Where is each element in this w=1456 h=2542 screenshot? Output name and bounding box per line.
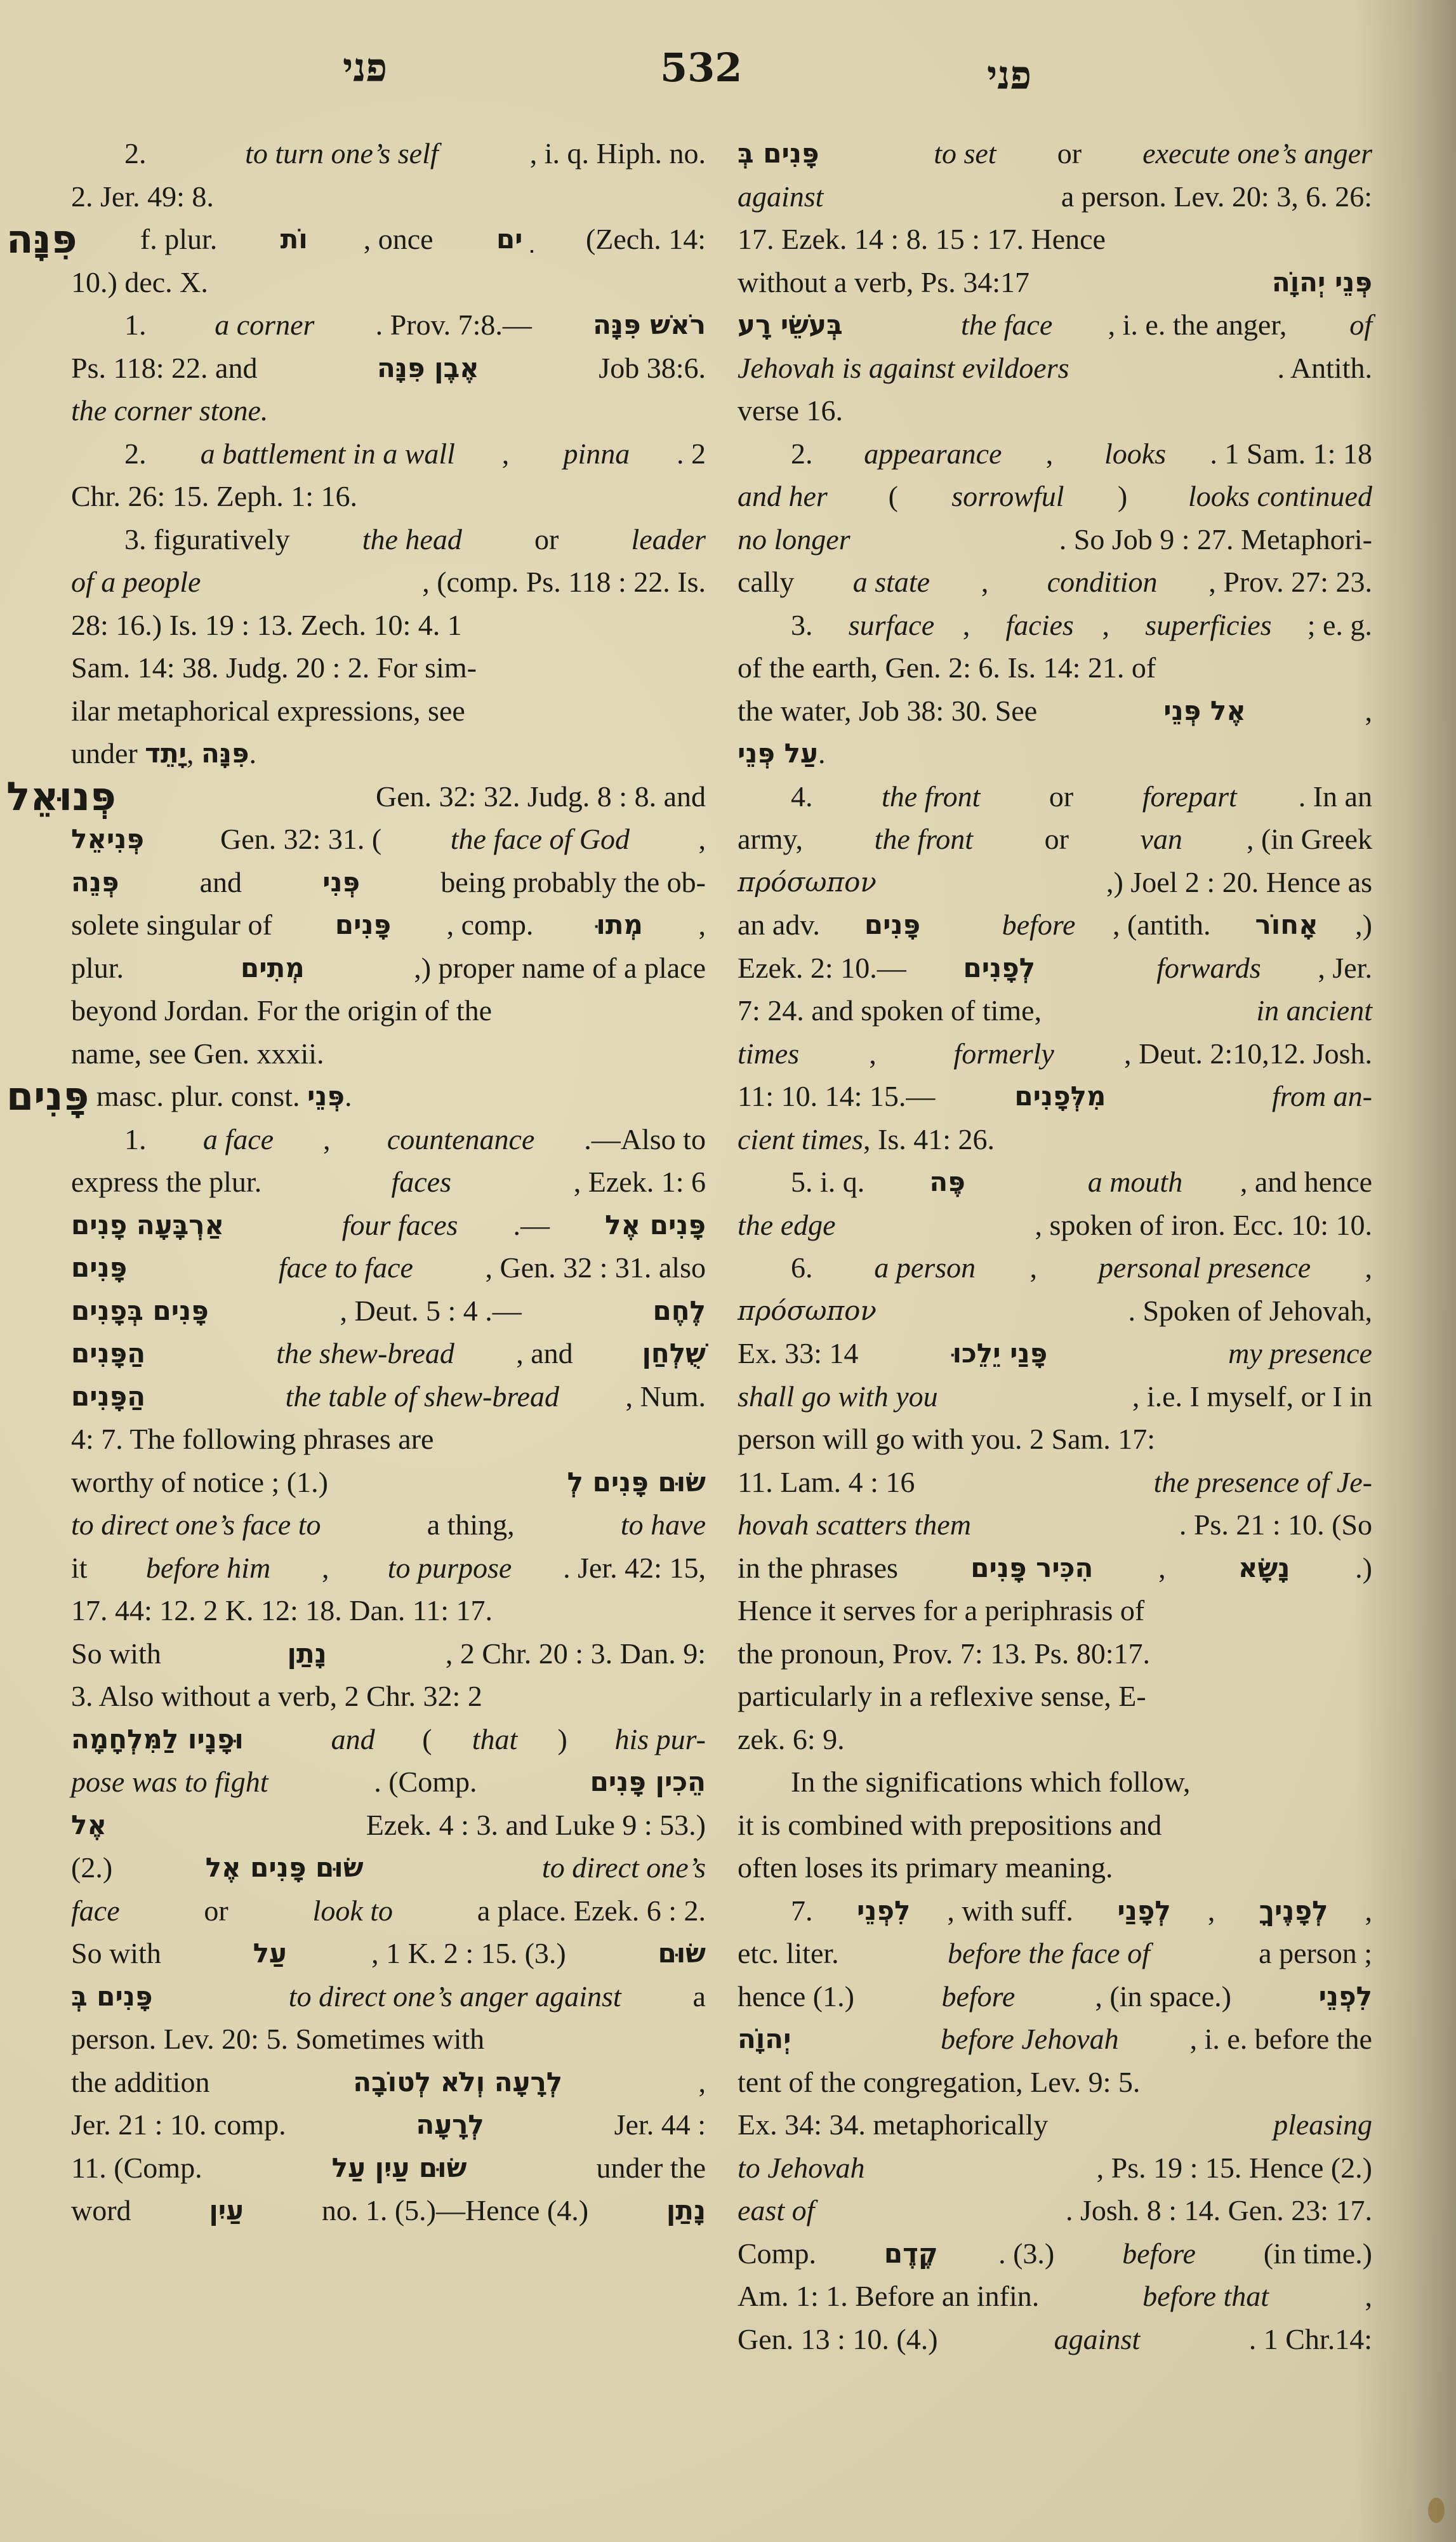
italic-text: van bbox=[1141, 818, 1182, 861]
roman-text: (2.) bbox=[71, 1846, 120, 1889]
text-line: πρόσωπον,) Joel 2 : 20. Hence as bbox=[738, 861, 1372, 904]
italic-text: a person bbox=[874, 1246, 976, 1289]
text-line: it before him, to purpose. Jer. 42: 15, bbox=[71, 1547, 706, 1590]
italic-text: before bbox=[1002, 903, 1076, 947]
roman-text: 17. Ezek. 14 : 8. 15 : 17. Hence bbox=[738, 218, 1106, 261]
text-line: Hence it serves for a periphrasis of bbox=[738, 1589, 1372, 1632]
hebrew-text: אַרְבָּעָה פָנִים bbox=[71, 1204, 224, 1247]
roman-text: , i. q. Hiph. no. bbox=[530, 132, 706, 175]
italic-text: from an- bbox=[1272, 1075, 1372, 1118]
entry-headword-line: פָּנִים masc. plur. const. פְּנֵי. bbox=[6, 1075, 706, 1118]
hebrew-text: שׂוּם פָּנִים לְ bbox=[567, 1461, 706, 1504]
italic-text: a state bbox=[853, 561, 930, 604]
hebrew-text: יְהוָֹה bbox=[738, 2018, 791, 2061]
text-line: 2. a battlement in a wall, pinna. 2 bbox=[71, 432, 706, 476]
roman-text: beyond Jordan. For the origin of the bbox=[71, 989, 492, 1032]
roman-text: 10.) dec. X. bbox=[71, 261, 208, 304]
text-line: פְּנֵה and פְּנִי being probably the ob- bbox=[71, 861, 706, 904]
roman-text: , (in Greek bbox=[1247, 818, 1372, 861]
hebrew-headword: פִּנָּה bbox=[6, 218, 77, 261]
text-line: of the earth, Gen. 2: 6. Is. 14: 21. of bbox=[738, 646, 1372, 689]
roman-text bbox=[1185, 1075, 1193, 1118]
italic-text: forepart bbox=[1142, 775, 1237, 818]
roman-text: ( bbox=[415, 1718, 432, 1761]
roman-text: , and hence bbox=[1240, 1161, 1372, 1204]
roman-text: a person ; bbox=[1252, 1932, 1372, 1975]
roman-text: masc. plur. const. bbox=[89, 1075, 307, 1118]
italic-text: formerly bbox=[953, 1032, 1054, 1075]
text-line: Jer. 21 : 10. comp. לְרָעָה Jer. 44 : bbox=[71, 2103, 706, 2146]
hebrew-text: יָתֵד bbox=[145, 732, 187, 775]
roman-text: . Josh. 8 : 14. Gen. 23: 17. bbox=[1066, 2189, 1372, 2232]
roman-text: ilar metaphorical expressions, see bbox=[71, 689, 465, 733]
text-line: הַפָּנִים the shew-bread, and שֻׁלְחַן bbox=[71, 1332, 706, 1375]
italic-text: pinna bbox=[563, 432, 630, 476]
roman-text: .) bbox=[1355, 1547, 1372, 1590]
hebrew-text: לִפְנֵי bbox=[857, 1889, 910, 1933]
roman-text: , bbox=[1208, 1889, 1222, 1933]
roman-text: or bbox=[527, 518, 566, 561]
roman-text: ,) bbox=[1355, 903, 1372, 947]
roman-text: , bbox=[699, 2061, 706, 2104]
roman-text: Jer. 21 : 10. comp. bbox=[71, 2103, 293, 2146]
roman-text bbox=[958, 903, 965, 947]
text-line: 17. Ezek. 14 : 8. 15 : 17. Hence bbox=[738, 218, 1372, 261]
hebrew-text: אֶבֶן פִּנָּה bbox=[377, 347, 479, 390]
italic-text: the face of God bbox=[451, 818, 630, 861]
roman-text: , (comp. Ps. 118 : 22. Is. bbox=[422, 561, 706, 604]
roman-text: . So Job 9 : 27. Metaphori- bbox=[1059, 518, 1372, 561]
hebrew-text: עַל פְּנֵי bbox=[738, 732, 818, 775]
roman-text: and bbox=[192, 861, 249, 904]
roman-text: 2. Jer. 49: 8. bbox=[71, 175, 214, 218]
italic-text: a corner bbox=[215, 303, 314, 347]
greek-text: πρόσωπον bbox=[738, 861, 877, 904]
roman-text: ) bbox=[1118, 475, 1135, 518]
text-line: face or look to a place. Ezek. 6 : 2. bbox=[71, 1889, 706, 1933]
hebrew-text: וּפָנָיו לַמִּלְחָמָה bbox=[71, 1718, 244, 1761]
roman-text: Ps. 118: 22. and bbox=[71, 347, 265, 390]
text-line: הַפָּנִים the table of shew-bread, Num. bbox=[71, 1375, 706, 1418]
roman-text: it bbox=[71, 1547, 95, 1590]
roman-text: . (Comp. bbox=[374, 1760, 484, 1804]
italic-text: to Jehovah bbox=[738, 2146, 865, 2190]
paper-stain bbox=[1428, 2498, 1445, 2523]
italic-text: to have bbox=[621, 1503, 706, 1547]
text-line: beyond Jordan. For the origin of the bbox=[71, 989, 706, 1032]
text-line: 3. surface, facies, superficies ; e. g. bbox=[738, 604, 1372, 647]
roman-text: , bbox=[1102, 604, 1117, 647]
roman-text: person. Lev. 20: 5. Sometimes with bbox=[71, 2018, 484, 2061]
roman-text: , bbox=[869, 1032, 884, 1075]
text-line: it is combined with prepositions and bbox=[738, 1804, 1372, 1847]
roman-text: Gen. 32: 31. ( bbox=[213, 818, 381, 861]
roman-text: 3. bbox=[791, 604, 820, 647]
roman-text: , (antith. bbox=[1113, 903, 1218, 947]
text-line: 11. (Comp. שׂוּם עַיִן עַל under the bbox=[71, 2146, 706, 2190]
entry-headword-line: פְּנוּאֵל Gen. 32: 32. Judg. 8 : 8. and bbox=[6, 775, 706, 818]
roman-text: 3. figuratively bbox=[124, 518, 297, 561]
roman-text: , and bbox=[516, 1332, 580, 1375]
roman-text: an adv. bbox=[738, 903, 827, 947]
roman-text: 11. (Comp. bbox=[71, 2146, 209, 2190]
roman-text: Hence it serves for a periphrasis of bbox=[738, 1589, 1144, 1632]
running-head: פני 532 פני bbox=[0, 44, 1456, 102]
text-line: 1. a corner. Prov. 7:8.—רֹאשׁ פִּנָּה bbox=[71, 303, 706, 347]
roman-text: , bbox=[1046, 432, 1061, 476]
text-line: 4. the front or forepart. In an bbox=[738, 775, 1372, 818]
text-line: פָּנִים בְּפָנִים, Deut. 5 : 4 .—לֶחֶם bbox=[71, 1289, 706, 1333]
roman-text: a place. Ezek. 6 : 2. bbox=[470, 1889, 706, 1933]
roman-text bbox=[863, 2018, 870, 2061]
dictionary-page: פני 532 פני 2. to turn one’s self, i. q.… bbox=[0, 0, 1456, 2542]
roman-text: ; e. g. bbox=[1300, 604, 1372, 647]
roman-text: , bbox=[963, 604, 977, 647]
roman-text bbox=[1092, 947, 1100, 990]
italic-text: the front bbox=[882, 775, 980, 818]
italic-text: cient times bbox=[738, 1118, 863, 1161]
italic-text: a battlement in a wall bbox=[201, 432, 455, 476]
text-line: 7. לִפְנֵי, with suff. לְפָנַי, לְפָנֶיך… bbox=[738, 1889, 1372, 1933]
text-line: plur. מְתִים,) proper name of a place bbox=[71, 947, 706, 990]
italic-text: execute one’s anger bbox=[1142, 132, 1372, 175]
italic-text: leader bbox=[631, 518, 706, 561]
hebrew-text: שׂוּם פָּנִים אֶל bbox=[206, 1846, 364, 1889]
italic-text: to set bbox=[934, 132, 996, 175]
text-line: 2. Jer. 49: 8. bbox=[71, 175, 706, 218]
roman-text: , bbox=[1365, 1246, 1373, 1289]
text-line: cally a state, condition, Prov. 27: 23. bbox=[738, 561, 1372, 604]
italic-text: face to face bbox=[279, 1246, 413, 1289]
hebrew-text: פְּנֵי יְהוָֹה bbox=[1272, 261, 1372, 304]
roman-text bbox=[284, 1718, 291, 1761]
hebrew-text: הַפָּנִים bbox=[71, 1332, 145, 1375]
roman-text: army, bbox=[738, 818, 811, 861]
text-line: without a verb, Ps. 34:17 פְּנֵי יְהוָֹה bbox=[738, 261, 1372, 304]
roman-text: . Ps. 21 : 10. (So bbox=[1179, 1503, 1372, 1547]
roman-text: 28: 16.) Is. 19 : 13. Zech. 10: 4. 1 bbox=[71, 604, 462, 647]
hebrew-text: שׂוּם bbox=[658, 1932, 706, 1975]
text-column-left: 2. to turn one’s self, i. q. Hiph. no.2.… bbox=[71, 132, 706, 2232]
roman-text: (in time.) bbox=[1256, 2232, 1372, 2275]
roman-text: Ex. 34: 34. metaphorically bbox=[738, 2103, 1056, 2146]
roman-text: Sam. 14: 38. Judg. 20 : 2. For sim- bbox=[71, 646, 477, 689]
text-line: an adv. פָּנִים before, (antith. אָחוֹר,… bbox=[738, 903, 1372, 947]
roman-text: 1. bbox=[124, 303, 154, 347]
roman-text: , 2 Chr. 20 : 3. Dan. 9: bbox=[446, 1632, 706, 1675]
roman-text: , Gen. 32 : 31. also bbox=[485, 1246, 706, 1289]
text-line: 2. appearance, looks. 1 Sam. 1: 18 bbox=[738, 432, 1372, 476]
text-line: the water, Job 38: 30. See אֶל פְּנֵי, bbox=[738, 689, 1372, 733]
text-line: pose was to fight. (Comp. הֵכִין פָּנִים bbox=[71, 1760, 706, 1804]
text-line: 3. Also without a verb, 2 Chr. 32: 2 bbox=[71, 1675, 706, 1718]
hebrew-text: אֶל bbox=[71, 1804, 107, 1847]
roman-text bbox=[279, 1204, 287, 1247]
hebrew-text: לִפְנֵי bbox=[1319, 1975, 1372, 2018]
text-line: cient times, Is. 41: 26. bbox=[738, 1118, 1372, 1161]
roman-text bbox=[212, 1375, 220, 1418]
italic-text: countenance bbox=[387, 1118, 534, 1161]
roman-text: 2. bbox=[791, 432, 820, 476]
italic-text: the edge bbox=[738, 1204, 836, 1247]
italic-text: sorrowful bbox=[951, 475, 1064, 518]
text-line: word עַיִן no. 1. (5.)—Hence (4.) נָתַן bbox=[71, 2189, 706, 2232]
roman-text bbox=[1134, 1332, 1142, 1375]
text-line: 5. i. q. פֶּה a mouth, and hence bbox=[738, 1161, 1372, 1204]
text-line: hovah scatters them. Ps. 21 : 10. (So bbox=[738, 1503, 1372, 1547]
roman-text bbox=[873, 132, 880, 175]
text-line: person. Lev. 20: 5. Sometimes with bbox=[71, 2018, 706, 2061]
roman-text: or bbox=[1042, 775, 1080, 818]
hebrew-text: פָּנִים בְּ bbox=[738, 132, 819, 175]
roman-text: , i. e. the anger, bbox=[1108, 303, 1294, 347]
text-line: often loses its primary meaning. bbox=[738, 1846, 1372, 1889]
roman-text: zek. 6: 9. bbox=[738, 1718, 845, 1761]
roman-text: , Deut. 2:10,12. Josh. bbox=[1124, 1032, 1372, 1075]
roman-text: . In an bbox=[1299, 775, 1372, 818]
italic-text: before bbox=[1122, 2232, 1196, 2275]
italic-text: the corner stone. bbox=[71, 389, 268, 432]
roman-text: , bbox=[187, 732, 201, 775]
italic-text: in ancient bbox=[1256, 989, 1372, 1032]
hebrew-text: נָשָׂא bbox=[1238, 1547, 1290, 1590]
roman-text: , Ezek. 1: 6 bbox=[574, 1161, 706, 1204]
roman-text: , bbox=[323, 1118, 338, 1161]
roman-text: person will go with you. 2 Sam. 17: bbox=[738, 1418, 1155, 1461]
roman-text: 17. 44: 12. 2 K. 12: 18. Dan. 11: 17. bbox=[71, 1589, 493, 1632]
text-line: 11. Lam. 4 : 16 the presence of Je- bbox=[738, 1461, 1372, 1504]
roman-text: , Is. 41: 26. bbox=[863, 1118, 995, 1161]
hebrew-text: הִכִּיר פָּנִים bbox=[970, 1547, 1093, 1590]
hebrew-text: קֶדֶם bbox=[884, 2232, 938, 2275]
roman-text: . bbox=[818, 732, 826, 775]
text-line: zek. 6: 9. bbox=[738, 1718, 1372, 1761]
text-line: 17. 44: 12. 2 K. 12: 18. Dan. 11: 17. bbox=[71, 1589, 706, 1632]
roman-text: name, see Gen. xxxii. bbox=[71, 1032, 324, 1075]
italic-text: his pur- bbox=[614, 1718, 705, 1761]
roman-text: , bbox=[1365, 2275, 1372, 2318]
text-line: פָּנִים בְּ to direct one’s anger agains… bbox=[71, 1975, 706, 2018]
roman-text: particularly in a reflexive sense, E- bbox=[738, 1675, 1146, 1718]
hebrew-text: פָּנִים bbox=[864, 903, 920, 947]
roman-text: a bbox=[685, 1975, 706, 2018]
roman-text: , Deut. 5 : 4 .— bbox=[340, 1289, 522, 1333]
greek-text: πρόσωπον bbox=[738, 1289, 877, 1333]
text-line: (2.) שׂוּם פָּנִים אֶל to direct one’s bbox=[71, 1846, 706, 1889]
italic-text: condition bbox=[1047, 561, 1158, 604]
italic-text: of bbox=[1349, 303, 1372, 347]
italic-text: to purpose bbox=[388, 1547, 512, 1590]
text-line: פְּנִיאֵל Gen. 32: 31. (the face of God, bbox=[71, 818, 706, 861]
italic-text: faces bbox=[391, 1161, 451, 1204]
text-line: פָּנִים face to face, Gen. 32 : 31. also bbox=[71, 1246, 706, 1289]
italic-text: the face bbox=[961, 303, 1052, 347]
italic-text: to turn one’s self bbox=[245, 132, 439, 175]
roman-text: often loses its primary meaning. bbox=[738, 1846, 1113, 1889]
text-line: 3. figuratively the head or leader bbox=[71, 518, 706, 561]
roman-text: the pronoun, Prov. 7: 13. Ps. 80:17. bbox=[738, 1632, 1150, 1675]
hebrew-text: פָּנִים בְּ bbox=[71, 1975, 153, 2018]
hebrew-text: לְפָנַי bbox=[1117, 1889, 1170, 1933]
hebrew-text: מְתוּ bbox=[596, 903, 643, 947]
roman-text: worthy of notice ; (1.) bbox=[71, 1461, 335, 1504]
roman-text: 1. bbox=[124, 1118, 154, 1161]
roman-text: word bbox=[71, 2189, 138, 2232]
text-line: Comp. קֶדֶם. (3.) before (in time.) bbox=[738, 2232, 1372, 2275]
italic-text: before that bbox=[1142, 2275, 1269, 2318]
roman-text: 3. Also without a verb, 2 Chr. 32: 2 bbox=[71, 1675, 482, 1718]
roman-text: or bbox=[197, 1889, 235, 1933]
roman-text: , bbox=[1158, 1547, 1173, 1590]
roman-text: it is combined with prepositions and bbox=[738, 1804, 1161, 1847]
roman-text: . 1 Chr.14: bbox=[1249, 2318, 1372, 2361]
hebrew-text: פֶּה bbox=[929, 1161, 965, 1204]
text-line: 1. a face, countenance.—Also to bbox=[71, 1118, 706, 1161]
roman-text: . 2 bbox=[677, 432, 706, 476]
text-line: and her (sorrowful) looks continued bbox=[738, 475, 1372, 518]
text-line: against a person. Lev. 20: 3, 6. 26: bbox=[738, 175, 1372, 218]
roman-text: , bbox=[698, 818, 706, 861]
roman-text: 11. Lam. 4 : 16 bbox=[738, 1461, 922, 1504]
roman-text: without a verb, Ps. 34:17 bbox=[738, 261, 1036, 304]
roman-text: In the significations which follow, bbox=[791, 1760, 1190, 1804]
roman-text: no. 1. (5.)—Hence (4.) bbox=[314, 2189, 595, 2232]
roman-text: , i. e. before the bbox=[1190, 2018, 1372, 2061]
roman-text: 2. bbox=[124, 132, 154, 175]
hebrew-text: רֹאשׁ פִּנָּה bbox=[593, 303, 706, 347]
roman-text: or bbox=[1037, 818, 1076, 861]
roman-text: , spoken of iron. Ecc. 10: 10. bbox=[1035, 1204, 1372, 1247]
roman-text: , i.e. I myself, or I in bbox=[1132, 1375, 1372, 1418]
running-head-left-word: פני bbox=[343, 44, 387, 91]
text-line: Ezek. 2: 10.—לְפָנִים forwards, Jer. bbox=[738, 947, 1372, 990]
hebrew-text: מְתִים bbox=[241, 947, 305, 990]
text-line: solete singular of פָּנִים, comp. מְתוּ, bbox=[71, 903, 706, 947]
roman-text: under bbox=[71, 732, 145, 775]
hebrew-text: פְּנִי bbox=[322, 861, 360, 904]
italic-text: a face bbox=[203, 1118, 274, 1161]
text-line: 28: 16.) Is. 19 : 13. Zech. 10: 4. 1 bbox=[71, 604, 706, 647]
hebrew-headword: פָּנִים bbox=[6, 1075, 89, 1118]
italic-text: before him bbox=[146, 1547, 270, 1590]
text-line: וּפָנָיו לַמִּלְחָמָה and (that) his pur… bbox=[71, 1718, 706, 1761]
roman-text: Ex. 33: 14 bbox=[738, 1332, 866, 1375]
italic-text: before the face of bbox=[948, 1932, 1150, 1975]
italic-text: against bbox=[738, 175, 823, 218]
italic-text: shall go with you bbox=[738, 1375, 938, 1418]
text-line: 6. a person, personal presence, bbox=[738, 1246, 1372, 1289]
text-line: to direct one’s face to a thing, to have bbox=[71, 1503, 706, 1547]
text-line: person will go with you. 2 Sam. 17: bbox=[738, 1418, 1372, 1461]
italic-text: superficies bbox=[1145, 604, 1271, 647]
roman-text: , Prov. 27: 23. bbox=[1208, 561, 1372, 604]
roman-text: Ezek. 2: 10.— bbox=[738, 947, 906, 990]
text-line: shall go with you, i.e. I myself, or I i… bbox=[738, 1375, 1372, 1418]
hebrew-text: לֶחֶם bbox=[652, 1289, 706, 1333]
hebrew-text: לְרָעָה bbox=[416, 2103, 484, 2146]
italic-text: look to bbox=[313, 1889, 393, 1933]
roman-text: 11: 10. 14: 15.— bbox=[738, 1075, 935, 1118]
roman-text: plur. bbox=[71, 947, 131, 990]
entry-headword-line: פִּנָּה f. plur. וֹת, once ִים (Zech. 14… bbox=[6, 218, 706, 261]
italic-text: east of bbox=[738, 2189, 814, 2232]
text-line: verse 16. bbox=[738, 389, 1372, 432]
roman-text: . Jer. 42: 15, bbox=[563, 1547, 706, 1590]
text-line: פָּנִים בְּ to set or execute one’s ange… bbox=[738, 132, 1372, 175]
roman-text bbox=[207, 1332, 215, 1375]
text-line: עַל פְּנֵי. bbox=[738, 732, 1372, 775]
roman-text: , 1 K. 2 : 15. (3.) bbox=[371, 1932, 573, 1975]
roman-text: , bbox=[1365, 1889, 1372, 1933]
hebrew-text: פְּנֵה bbox=[71, 861, 119, 904]
italic-text: before bbox=[941, 1975, 1015, 2018]
roman-text: the addition bbox=[71, 2061, 217, 2104]
roman-text: or bbox=[1050, 132, 1089, 175]
hebrew-text: עַל bbox=[253, 1932, 287, 1975]
text-line: 10.) dec. X. bbox=[71, 261, 706, 304]
italic-text: before Jehovah bbox=[941, 2018, 1119, 2061]
hebrew-text: וֹת bbox=[281, 218, 308, 261]
text-line: of a people, (comp. Ps. 118 : 22. Is. bbox=[71, 561, 706, 604]
roman-text: , bbox=[698, 903, 706, 947]
italic-text: and bbox=[331, 1718, 375, 1761]
text-line: Chr. 26: 15. Zeph. 1: 16. bbox=[71, 475, 706, 518]
text-line: 2. to turn one’s self, i. q. Hiph. no. bbox=[71, 132, 706, 175]
hebrew-text: ִים bbox=[496, 218, 523, 261]
italic-text: face bbox=[71, 1889, 120, 1933]
text-line: east of. Josh. 8 : 14. Gen. 23: 17. bbox=[738, 2189, 1372, 2232]
roman-text: express the plur. bbox=[71, 1161, 269, 1204]
hebrew-text: פְּנִיאֵל bbox=[71, 818, 144, 861]
italic-text: against bbox=[1054, 2318, 1140, 2361]
roman-text bbox=[199, 1246, 207, 1289]
roman-text: of the earth, Gen. 2: 6. Is. 14: 21. of bbox=[738, 646, 1156, 689]
roman-text: Jer. 44 : bbox=[607, 2103, 706, 2146]
text-line: In the significations which follow, bbox=[738, 1760, 1372, 1804]
text-line: Am. 1: 1. Before an infin. before that, bbox=[738, 2275, 1372, 2318]
hebrew-text: פִּנָּה bbox=[201, 732, 249, 775]
italic-text: the table of shew-bread bbox=[286, 1375, 559, 1418]
roman-text: , Num. bbox=[625, 1375, 706, 1418]
roman-text: . Prov. 7:8.— bbox=[376, 303, 532, 347]
italic-text: of a people bbox=[71, 561, 201, 604]
text-line: the pronoun, Prov. 7: 13. Ps. 80:17. bbox=[738, 1632, 1372, 1675]
roman-text: Ezek. 4 : 3. and Luke 9 : 53.) bbox=[359, 1804, 706, 1847]
hebrew-headword: פְּנוּאֵל bbox=[6, 775, 116, 818]
roman-text bbox=[898, 303, 906, 347]
roman-text: cally bbox=[738, 561, 802, 604]
italic-text: the presence of Je- bbox=[1154, 1461, 1372, 1504]
text-line: ilar metaphorical expressions, see bbox=[71, 689, 706, 733]
text-line: Ex. 33: 14 פָּנַי יֵלֵכוּ my presence bbox=[738, 1332, 1372, 1375]
roman-text: Chr. 26: 15. Zeph. 1: 16. bbox=[71, 475, 357, 518]
roman-text: 6. bbox=[791, 1246, 820, 1289]
text-line: Jehovah is against evildoers. Antith. bbox=[738, 347, 1372, 390]
roman-text: verse 16. bbox=[738, 389, 843, 432]
text-line: under יָתֵד, פִּנָּה. bbox=[71, 732, 706, 775]
italic-text: to direct one’s face to bbox=[71, 1503, 321, 1547]
roman-text: So with bbox=[71, 1632, 168, 1675]
roman-text: a thing, bbox=[420, 1503, 522, 1547]
italic-text: Jehovah is against evildoers bbox=[738, 347, 1069, 390]
roman-text: , Jer. bbox=[1318, 947, 1372, 990]
roman-text: etc. liter. bbox=[738, 1932, 846, 1975]
roman-text: a person. Lev. 20: 3, 6. 26: bbox=[1054, 175, 1372, 218]
roman-text: . Spoken of Jehovah, bbox=[1128, 1289, 1372, 1333]
roman-text: .— bbox=[513, 1204, 550, 1247]
text-line: 11: 10. 14: 15.—מִלְּפָנִים from an- bbox=[738, 1075, 1372, 1118]
hebrew-text: פָּנַי יֵלֵכוּ bbox=[953, 1332, 1048, 1375]
